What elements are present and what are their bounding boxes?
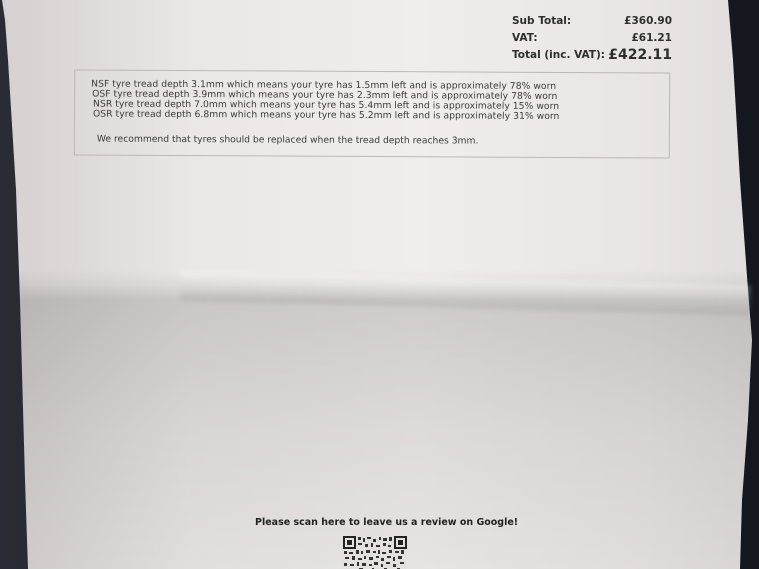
- subtotal-label: Sub Total:: [512, 15, 571, 27]
- total-label: Total (inc. VAT):: [512, 49, 605, 61]
- qr-code-graphic: [343, 536, 407, 569]
- tread-report-box: NSF tyre tread depth 3.1mm which means y…: [74, 69, 670, 158]
- review-prompt: Please scan here to leave us a review on…: [255, 517, 518, 528]
- subtotal-value: £360.90: [624, 15, 672, 27]
- total-value: £422.11: [608, 47, 672, 63]
- vat-label: VAT:: [512, 32, 538, 44]
- qr-code-icon[interactable]: [343, 536, 407, 569]
- total-row: Total (inc. VAT): £422.11: [512, 46, 672, 63]
- subtotal-row: Sub Total: £360.90: [512, 12, 672, 29]
- tread-line-osr: OSR tyre tread depth 6.8mm which means y…: [93, 109, 559, 122]
- invoice-document: Sub Total: £360.90 VAT: £61.21 Total (in…: [0, 0, 759, 569]
- tread-recommendation: We recommend that tyres should be replac…: [97, 134, 479, 147]
- vat-row: VAT: £61.21: [512, 29, 672, 46]
- totals-block: Sub Total: £360.90 VAT: £61.21 Total (in…: [512, 12, 672, 63]
- vat-value: £61.21: [631, 32, 672, 44]
